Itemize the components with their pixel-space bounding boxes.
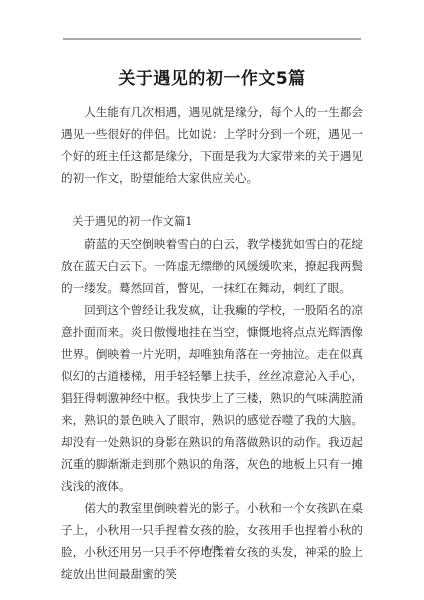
section-heading: 关于遇见的初一作文篇1 [61,211,363,233]
document-title: 关于遇见的初一作文5篇 [0,64,424,89]
intro-paragraph: 人生能有几次相遇，遇见就是缘分，每个人的一生都会遇见一些很好的伴侣。比如说：上学… [61,101,363,189]
page-indicator: 1 / 9 [0,545,424,552]
paragraph: 偌大的教室里倒映着光的影子。小秋和一个女孩趴在桌子上，小秋用一只手捏着女孩的脸，… [61,497,363,585]
paragraph: 蔚蓝的天空倒映着雪白的白云，教学楼犹如雪白的花绽放在蓝天白云下。一阵虚无缥缈的风… [61,233,363,299]
paragraph: 回到这个曾经让我发疯，让我癫的学校，一股陌名的凉意扑面而来。炎日傲慢地挂在当空，… [61,299,363,497]
spacer [61,189,363,211]
document-body: 人生能有几次相遇，遇见就是缘分，每个人的一生都会遇见一些很好的伴侣。比如说：上学… [61,101,363,585]
header-divider [63,38,361,40]
